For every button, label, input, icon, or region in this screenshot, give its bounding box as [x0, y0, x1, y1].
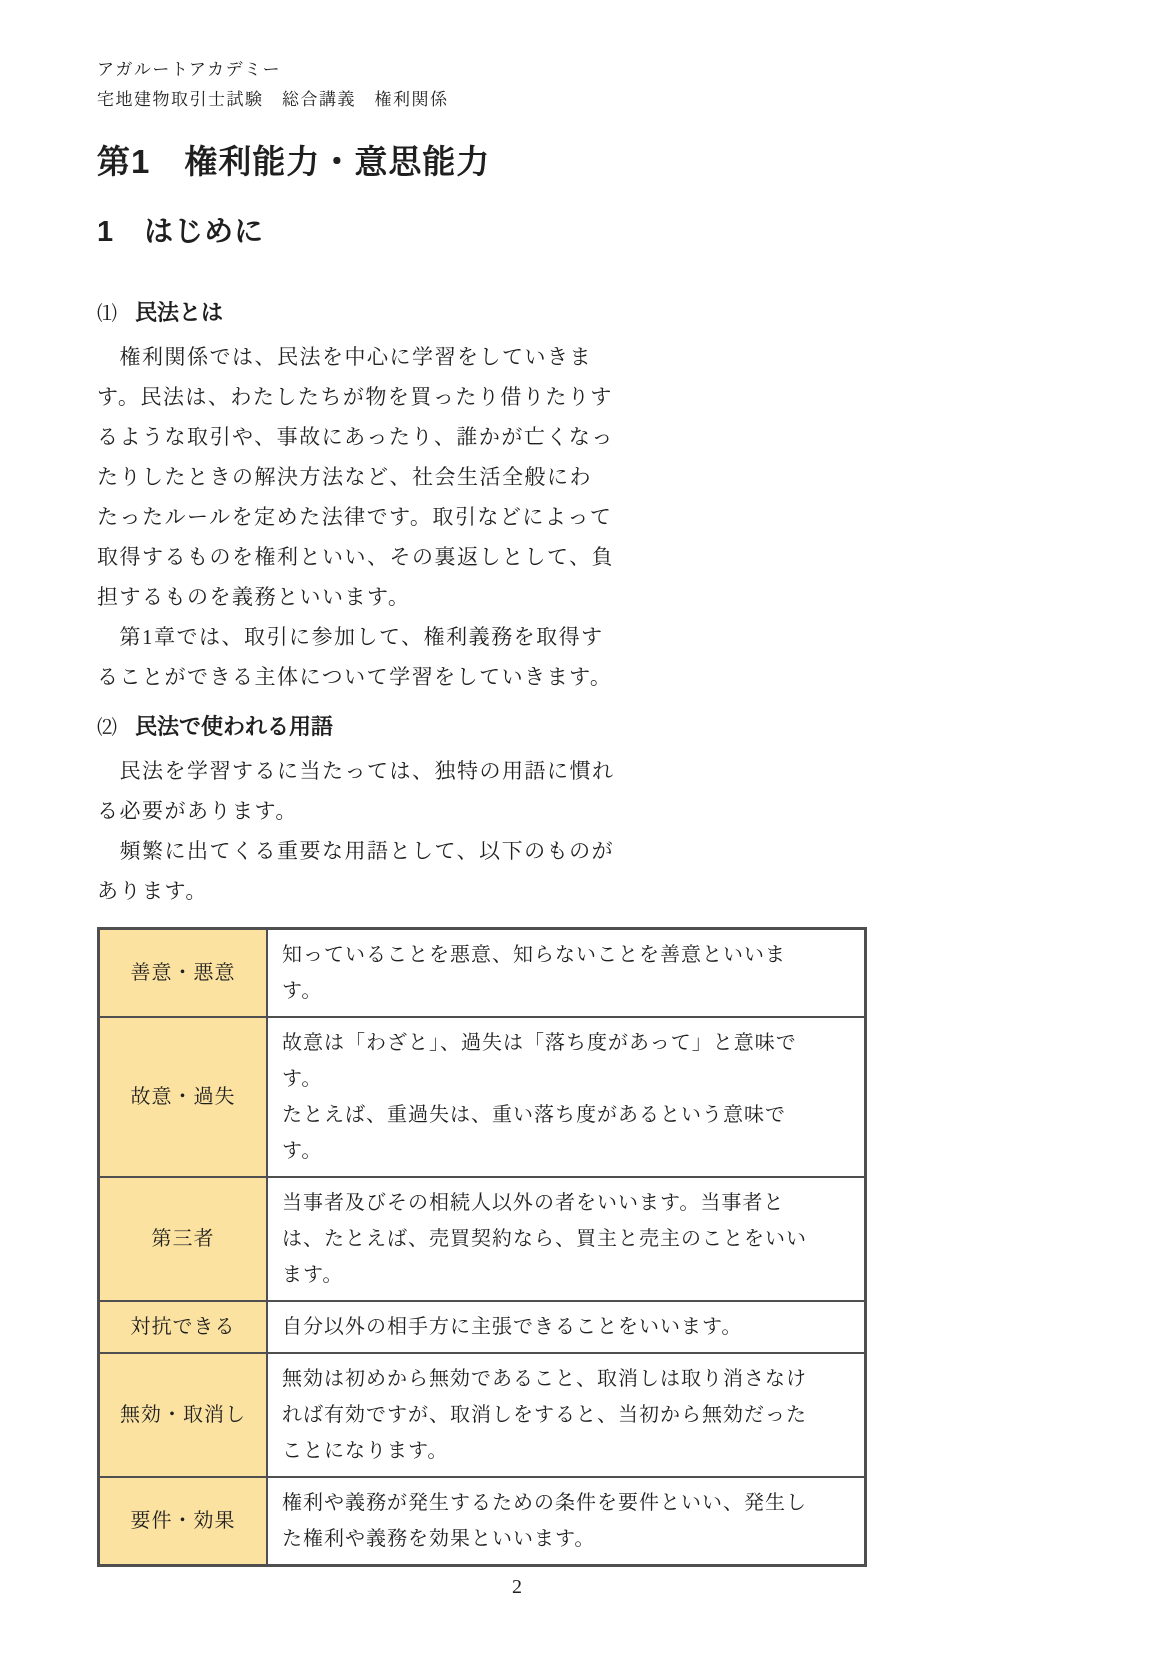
paragraph-civil-law-intro-2: 第1章では、取引に参加して、権利義務を取得す ることができる主体について学習をし… — [97, 617, 701, 697]
terms-table: 善意・悪意 知っていることを悪意、知らないことを善意といいま す。 故意・過失 … — [97, 927, 867, 1567]
subsection-2-heading: ⑵ 民法で使われる用語 — [97, 713, 1166, 742]
subsection-1-heading: ⑴ 民法とは — [97, 299, 1166, 328]
paragraph-civil-law-intro-1: 権利関係では、民法を中心に学習をしていきま す。民法は、わたしたちが物を買ったり… — [97, 337, 701, 617]
term-cell: 無効・取消し — [99, 1353, 268, 1477]
term-cell: 故意・過失 — [99, 1017, 268, 1177]
table-row: 無効・取消し 無効は初めから無効であること、取消しは取り消さなけ れば有効ですが… — [99, 1353, 866, 1477]
definition-cell: 知っていることを悪意、知らないことを善意といいま す。 — [267, 929, 866, 1018]
chapter-title: 第1 権利能力・意思能力 — [97, 141, 1166, 183]
term-cell: 第三者 — [99, 1177, 268, 1301]
table-row: 要件・効果 権利や義務が発生するための条件を要件といい、発生し た権利や義務を効… — [99, 1477, 866, 1566]
subsection-1-title: 民法とは — [135, 299, 223, 327]
paragraph-terminology-1: 民法を学習するに当たっては、独特の用語に慣れ る必要があります。 — [97, 751, 701, 831]
brand-name: アガルートアカデミー — [97, 55, 1166, 85]
paragraph-terminology-2: 頻繁に出てくる重要な用語として、以下のものが あります。 — [97, 831, 701, 911]
definition-cell: 無効は初めから無効であること、取消しは取り消さなけ れば有効ですが、取消しをする… — [267, 1353, 866, 1477]
subsection-1-number: ⑴ — [97, 300, 117, 328]
subsection-2-number: ⑵ — [97, 714, 117, 742]
section-title: 1 はじめに — [97, 213, 1166, 251]
definition-cell: 当事者及びその相続人以外の者をいいます。当事者と は、たとえば、売買契約なら、買… — [267, 1177, 866, 1301]
document-page: アガルートアカデミー 宅地建物取引士試験 総合講義 権利関係 第1 権利能力・意… — [0, 0, 1166, 1654]
page-number: 2 — [512, 1576, 522, 1599]
course-info: 宅地建物取引士試験 総合講義 権利関係 — [97, 85, 1166, 115]
term-cell: 要件・効果 — [99, 1477, 268, 1566]
terms-table-body: 善意・悪意 知っていることを悪意、知らないことを善意といいま す。 故意・過失 … — [99, 929, 866, 1566]
term-cell: 善意・悪意 — [99, 929, 268, 1018]
term-cell: 対抗できる — [99, 1301, 268, 1353]
table-row: 故意・過失 故意は「わざと」、過失は「落ち度があって」と意味で す。 たとえば、… — [99, 1017, 866, 1177]
table-row: 対抗できる 自分以外の相手方に主張できることをいいます。 — [99, 1301, 866, 1353]
definition-cell: 権利や義務が発生するための条件を要件といい、発生し た権利や義務を効果といいます… — [267, 1477, 866, 1566]
subsection-2-title: 民法で使われる用語 — [135, 713, 333, 741]
document-header: アガルートアカデミー 宅地建物取引士試験 総合講義 権利関係 — [97, 55, 1166, 115]
definition-cell: 自分以外の相手方に主張できることをいいます。 — [267, 1301, 866, 1353]
definition-cell: 故意は「わざと」、過失は「落ち度があって」と意味で す。 たとえば、重過失は、重… — [267, 1017, 866, 1177]
table-row: 第三者 当事者及びその相続人以外の者をいいます。当事者と は、たとえば、売買契約… — [99, 1177, 866, 1301]
table-row: 善意・悪意 知っていることを悪意、知らないことを善意といいま す。 — [99, 929, 866, 1018]
